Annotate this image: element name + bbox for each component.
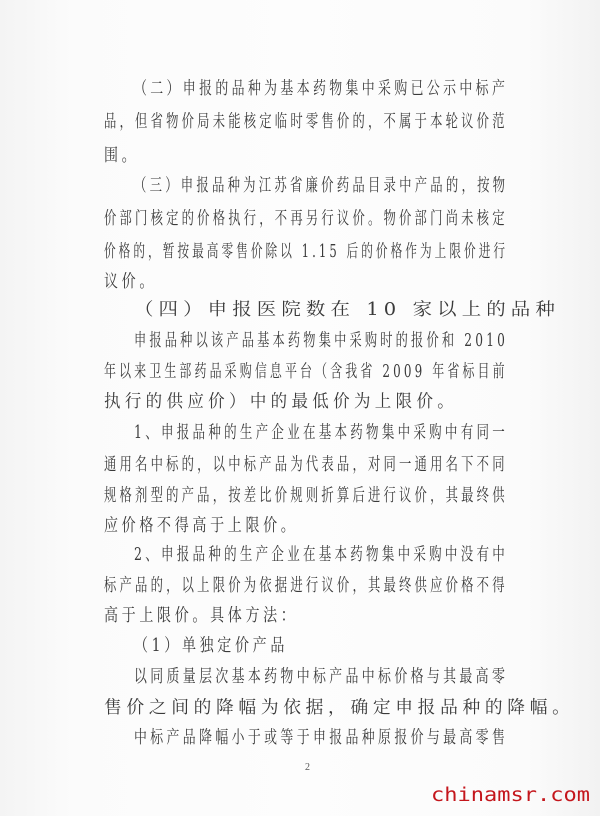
text-line: 议价。 (104, 271, 427, 293)
text-line: 以同质量层次基本药物中标产品中标价格与其最高零 (134, 666, 409, 688)
document-page: （二）申报的品种为基本药物集中采购已公示中标产品，但省物价局未能核定临时零售价的… (0, 0, 600, 816)
text-line: （二）申报的品种为基本药物集中采购已公示中标产 (134, 78, 409, 100)
text-line: 1、申报品种的生产企业在基本药物集中采购中有同一 (134, 422, 401, 444)
text-line: 价部门核定的价格执行，不再另行议价。物价部门尚未核定 (104, 208, 388, 230)
text-line: 价格的，暂按最高零售价除以 1.15 后的价格作为上限价进行 (104, 241, 372, 263)
text-line: （1）单独定价产品 (134, 635, 433, 657)
text-line: 申报品种以该产品基本药物集中采购时的报价和 2010 (134, 330, 394, 352)
text-line: （三）申报品种为江苏省廉价药品目录中产品的，按物 (134, 175, 398, 197)
text-line: 高于上限价。具体方法： (104, 605, 427, 627)
text-line: 应价格不得高于上限价。 (104, 515, 427, 537)
text-line: 标产品的，以上限价为依据进行议价，其最终供应价格不得 (104, 575, 388, 597)
text-line: 年以来卫生部药品采购信息平台（含我省 2009 年省标目前 (104, 361, 380, 383)
text-line: 品，但省物价局未能核定临时零售价的，不属于本轮议价范 (104, 111, 388, 133)
page-number: 2 (305, 762, 310, 773)
text-line: 围。 (104, 145, 427, 167)
text-line: 通用名中标的，以中标产品为代表品，对同一通用名下不同 (104, 454, 388, 476)
text-line: 执行的供应价）中的最低价为上限价。 (104, 391, 485, 413)
text-line: 规格剂型的产品，按差比价规则折算后进行议价，其最终供 (104, 485, 388, 507)
text-line: 2、申报品种的生产企业在基本药物集中采购中没有中 (134, 544, 401, 566)
site-watermark: chinamsr.com (431, 785, 590, 806)
text-line: 售价之间的降幅为依据，确定申报品种的降幅。 (104, 697, 514, 719)
text-line: 中标产品降幅小于或等于申报品种原报价与最高零售 (134, 727, 409, 749)
text-line: （四）申报医院数在 10 家以上的品种 (134, 299, 550, 321)
